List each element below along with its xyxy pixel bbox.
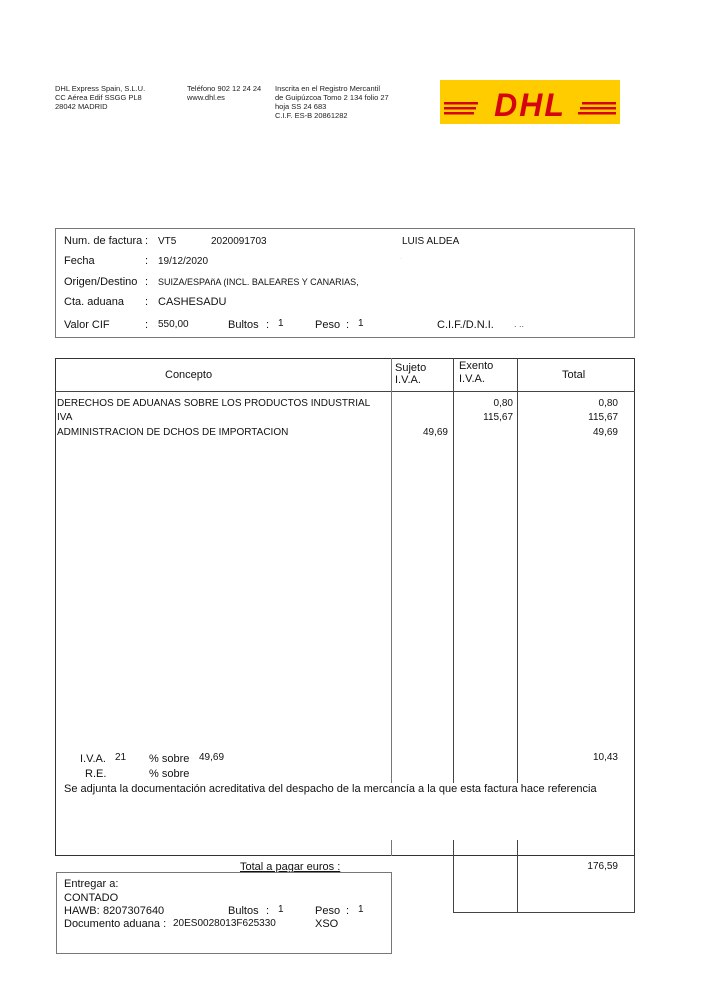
delivery-peso-value: 1 — [358, 904, 364, 915]
row-total: 0,80 — [520, 398, 618, 409]
column-divider — [391, 358, 392, 783]
row-total: 115,67 — [520, 412, 618, 423]
documentation-note: Se adjunta la documentación acreditativa… — [64, 783, 597, 795]
dhl-logo-icon: DHL — [440, 80, 620, 124]
invoice-series: VT5 — [158, 236, 176, 247]
colon: : — [346, 905, 349, 917]
delivery-label: Entregar a: — [64, 878, 118, 890]
hawb-label: HAWB: — [64, 905, 100, 917]
colon: : — [145, 276, 148, 288]
row-concepto: IVA — [57, 412, 72, 423]
customer-id-label: C.I.F./D.N.I. — [437, 319, 494, 331]
column-divider — [453, 358, 454, 783]
customer-id-value: . .. — [514, 319, 524, 329]
header-concepto: Concepto — [165, 369, 212, 381]
cif-value-label: Valor CIF — [64, 319, 110, 331]
header-divider — [55, 391, 635, 392]
doc-value: 20ES0028013F625330 — [173, 918, 276, 929]
colon: : — [266, 905, 269, 917]
svg-text:DHL: DHL — [494, 87, 566, 123]
iva-sobre-label: % sobre — [149, 753, 189, 765]
customer-name: LUIS ALDEA — [402, 236, 459, 247]
column-divider — [453, 840, 454, 912]
redacted-address: · — [400, 256, 402, 262]
row-sujeto: 49,69 — [393, 427, 448, 438]
account-label: Cta. aduana — [64, 296, 124, 308]
column-divider — [517, 358, 518, 783]
invoice-number-label: Num. de factura — [64, 235, 142, 247]
row-exento: 115,67 — [455, 412, 513, 423]
iva-rate: 21 — [115, 752, 126, 763]
hawb-value: 8207307640 — [103, 905, 164, 917]
colon: : — [145, 235, 148, 247]
row-concepto: ADMINISTRACION DE DCHOS DE IMPORTACION — [57, 427, 288, 438]
column-divider — [517, 840, 518, 912]
colon: : — [145, 255, 148, 267]
re-sobre-label: % sobre — [149, 768, 189, 780]
registry-cif: C.I.F. ES-B 20861282 — [275, 111, 348, 121]
re-label: R.E. — [85, 768, 106, 780]
colon: : — [346, 319, 349, 331]
payment-method: CONTADO — [64, 892, 118, 904]
company-website: www.dhl.es — [187, 93, 225, 103]
header-sujeto: Sujeto I.V.A. — [395, 362, 426, 386]
peso-value: 1 — [358, 318, 364, 329]
delivery-bultos-label: Bultos — [228, 905, 259, 917]
header-exento-line2: I.V.A. — [459, 373, 493, 386]
header-sujeto-line1: Sujeto — [395, 362, 426, 374]
date-value: 19/12/2020 — [158, 256, 208, 267]
origin-label: Origen/Destino — [64, 276, 137, 288]
dhl-logo: DHL — [440, 80, 620, 124]
delivery-bultos-value: 1 — [278, 904, 284, 915]
doc-code: XSO — [315, 918, 338, 930]
origin-value: SUIZA/ESPAñA (INCL. BALEARES Y CANARIAS, — [158, 277, 359, 287]
row-exento: 0,80 — [455, 398, 513, 409]
iva-base: 49,69 — [199, 752, 224, 763]
colon: : — [266, 319, 269, 331]
row-total: 49,69 — [520, 427, 618, 438]
header-sujeto-line2: I.V.A. — [395, 374, 426, 386]
header-exento: Exento I.V.A. — [459, 360, 493, 386]
doc-label: Documento aduana : — [64, 918, 166, 930]
colon: : — [145, 296, 148, 308]
peso-label: Peso — [315, 319, 340, 331]
column-divider — [391, 840, 392, 856]
iva-label: I.V.A. — [80, 753, 106, 765]
invoice-number: 2020091703 — [211, 236, 267, 247]
header-total: Total — [562, 369, 585, 381]
row-concepto: DERECHOS DE ADUANAS SOBRE LOS PRODUCTOS … — [57, 398, 370, 409]
company-city: 28042 MADRID — [55, 102, 108, 112]
bultos-value: 1 — [278, 318, 284, 329]
date-label: Fecha — [64, 255, 95, 267]
iva-amount: 10,43 — [520, 752, 618, 763]
total-value: 176,59 — [520, 861, 618, 872]
column-divider — [634, 856, 635, 912]
header-exento-line1: Exento — [459, 360, 493, 373]
colon: : — [145, 319, 148, 331]
delivery-peso-label: Peso — [315, 905, 340, 917]
cif-value: 550,00 — [158, 319, 189, 330]
bultos-label: Bultos — [228, 319, 259, 331]
total-box-bottom — [453, 912, 635, 913]
account-value: CASHESADU — [158, 296, 226, 308]
